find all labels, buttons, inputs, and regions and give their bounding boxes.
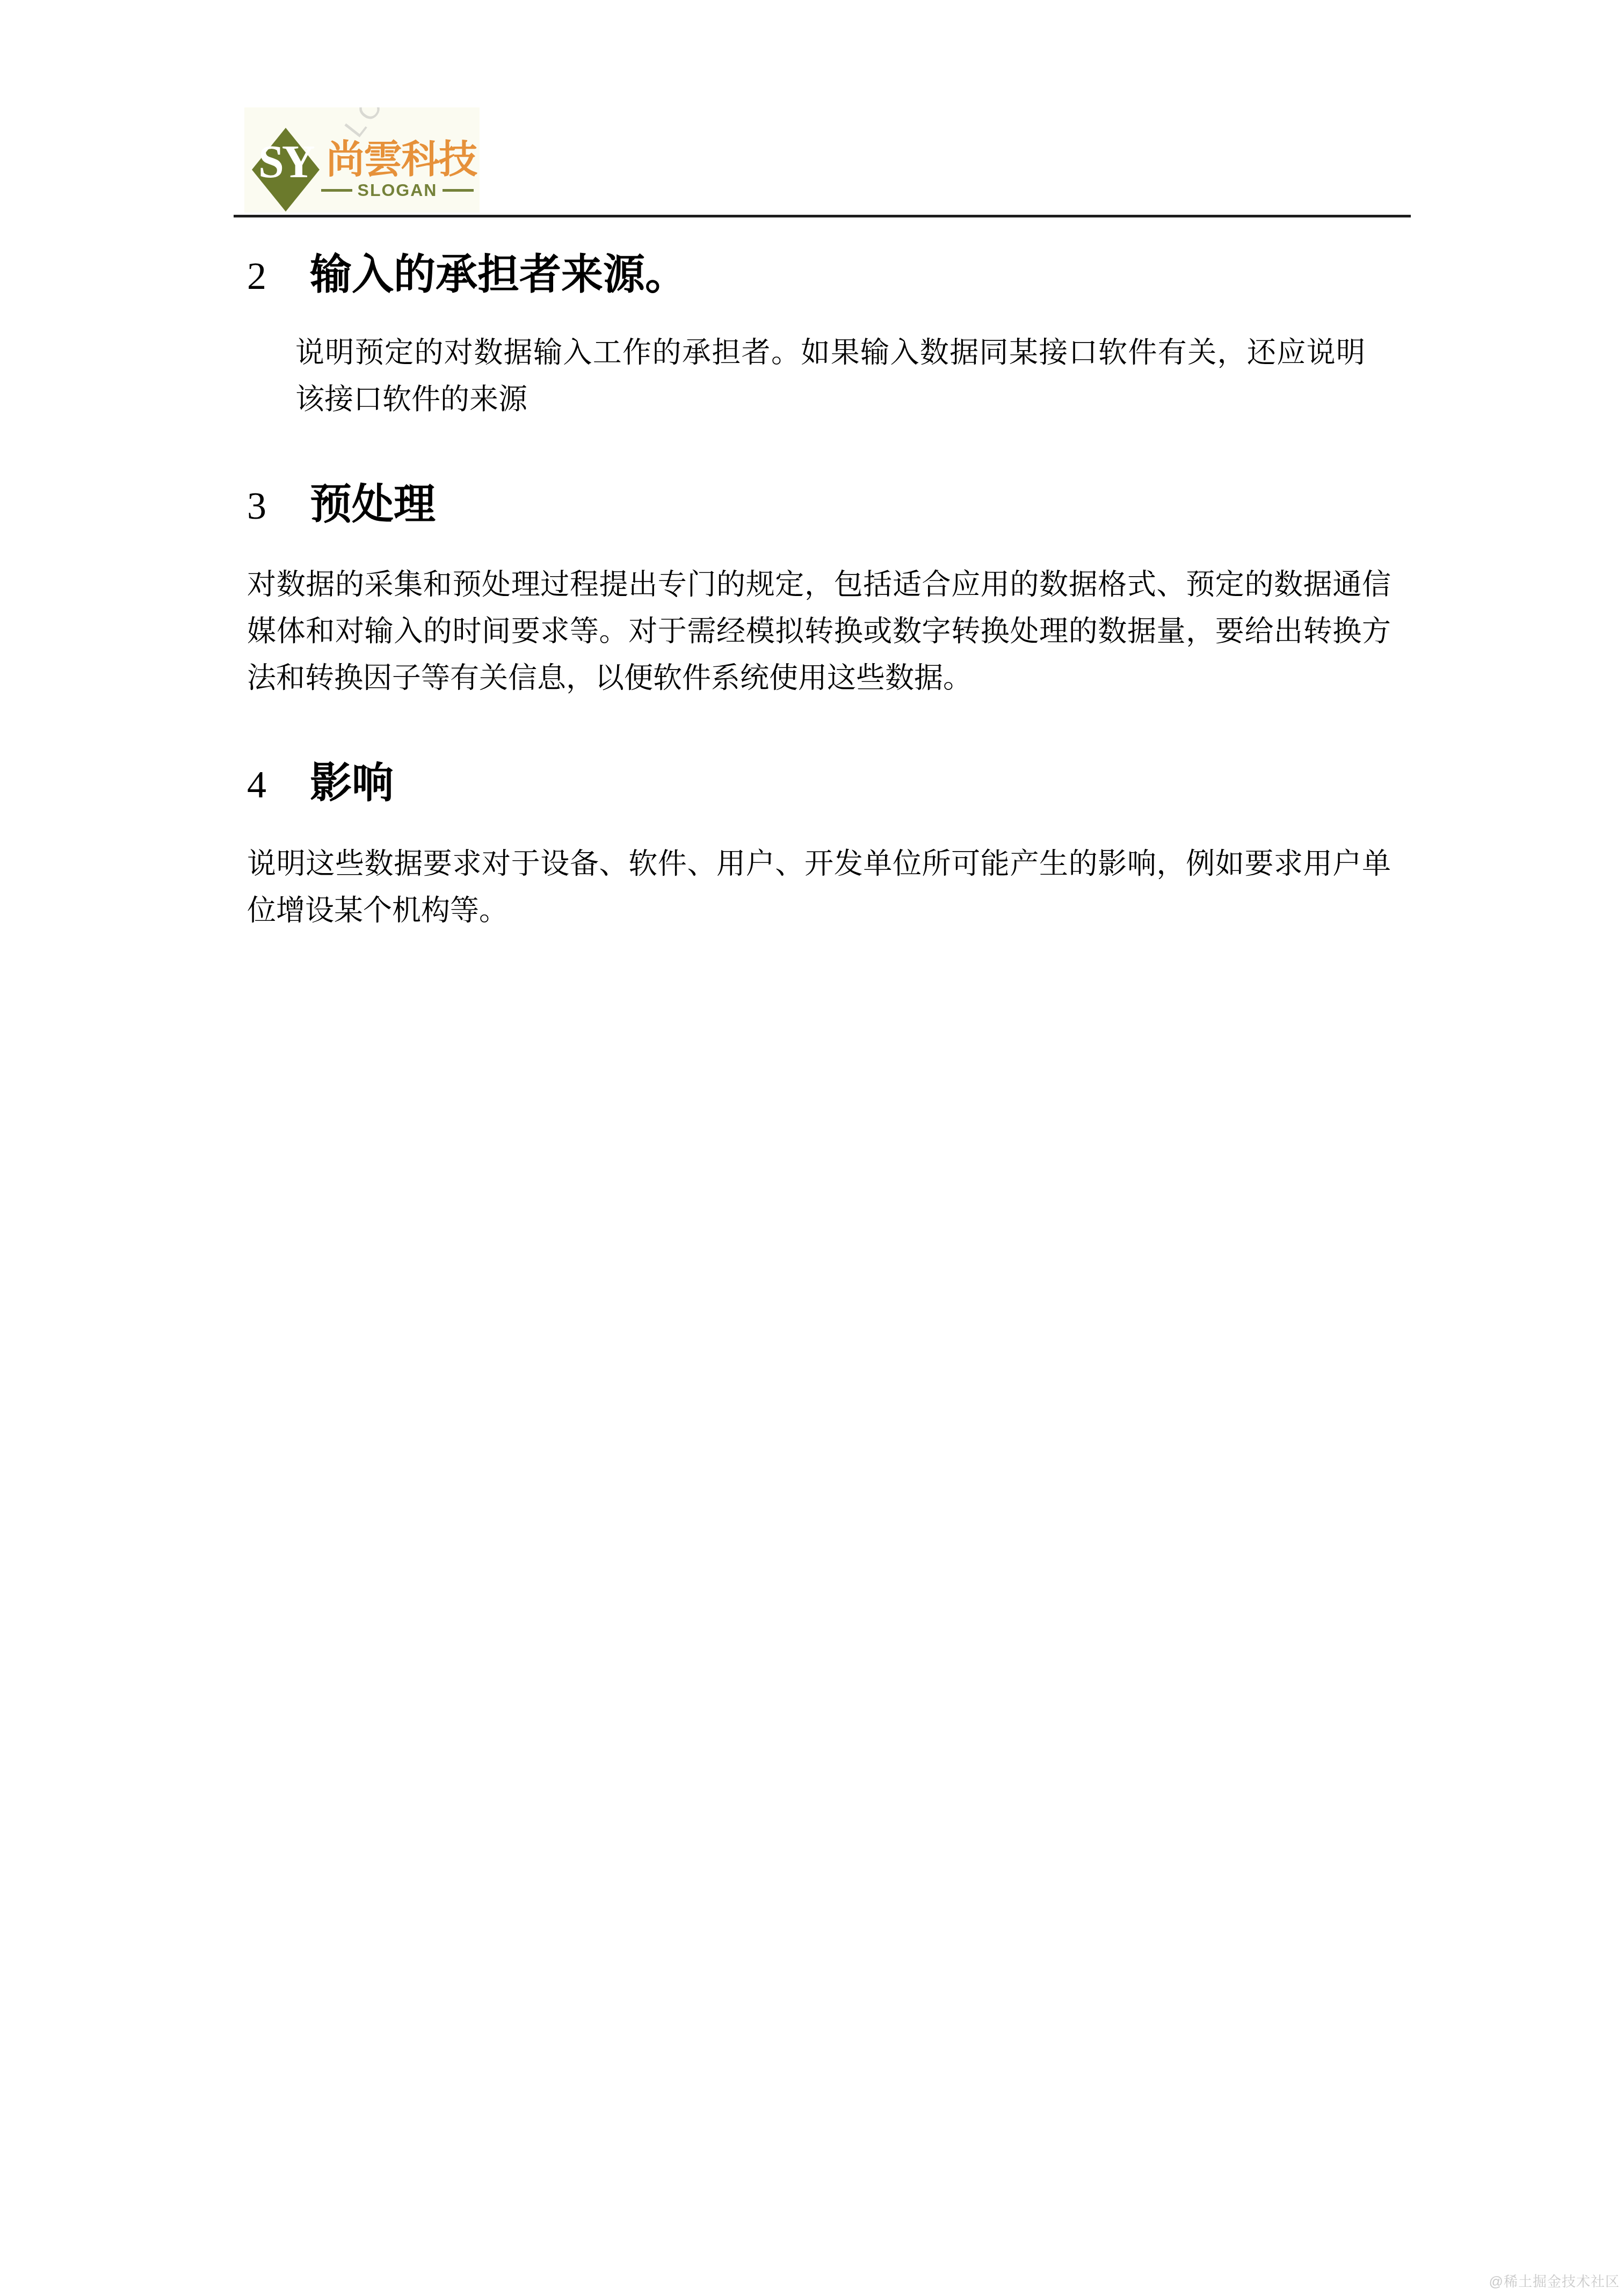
section-paragraph: 对数据的采集和预处理过程提出专门的规定，包括适合应用的数据格式、预定的数据通信媒…	[247, 562, 1391, 702]
section-title: 影响	[310, 760, 394, 806]
section-number: 2	[247, 253, 310, 299]
section-heading-3: 3预处理	[247, 479, 1391, 530]
section-heading-4: 4影响	[247, 758, 1391, 809]
section-title: 预处理	[310, 481, 436, 528]
company-name: 尚雲科技	[326, 140, 476, 180]
logo-slogan: SLOGAN	[358, 181, 438, 199]
section-number: 4	[247, 761, 310, 808]
logo-monogram: SY	[249, 139, 323, 185]
header-divider	[234, 215, 1411, 217]
section-title: 输入的承担者来源。	[310, 251, 687, 298]
logo-slogan-row: SLOGAN	[330, 181, 465, 199]
slogan-left-dash	[321, 189, 352, 192]
community-watermark: @稀土掘金技术社区	[1489, 2271, 1620, 2291]
section-paragraph: 说明这些数据要求对于设备、软件、用户、开发单位所可能产生的影响，例如要求用户单位…	[247, 841, 1391, 934]
section-heading-2: 2输入的承担者来源。	[247, 250, 1391, 300]
company-logo: LOGO SY 尚雲科技 SLOGAN	[244, 107, 480, 213]
section-number: 3	[247, 483, 310, 529]
document-content: 2输入的承担者来源。 说明预定的对数据输入工作的承担者。如果输入数据同某接口软件…	[247, 231, 1391, 934]
section-paragraph: 说明预定的对数据输入工作的承担者。如果输入数据同某接口软件有关，还应说明该接口软…	[295, 330, 1365, 423]
slogan-right-dash	[443, 189, 474, 192]
